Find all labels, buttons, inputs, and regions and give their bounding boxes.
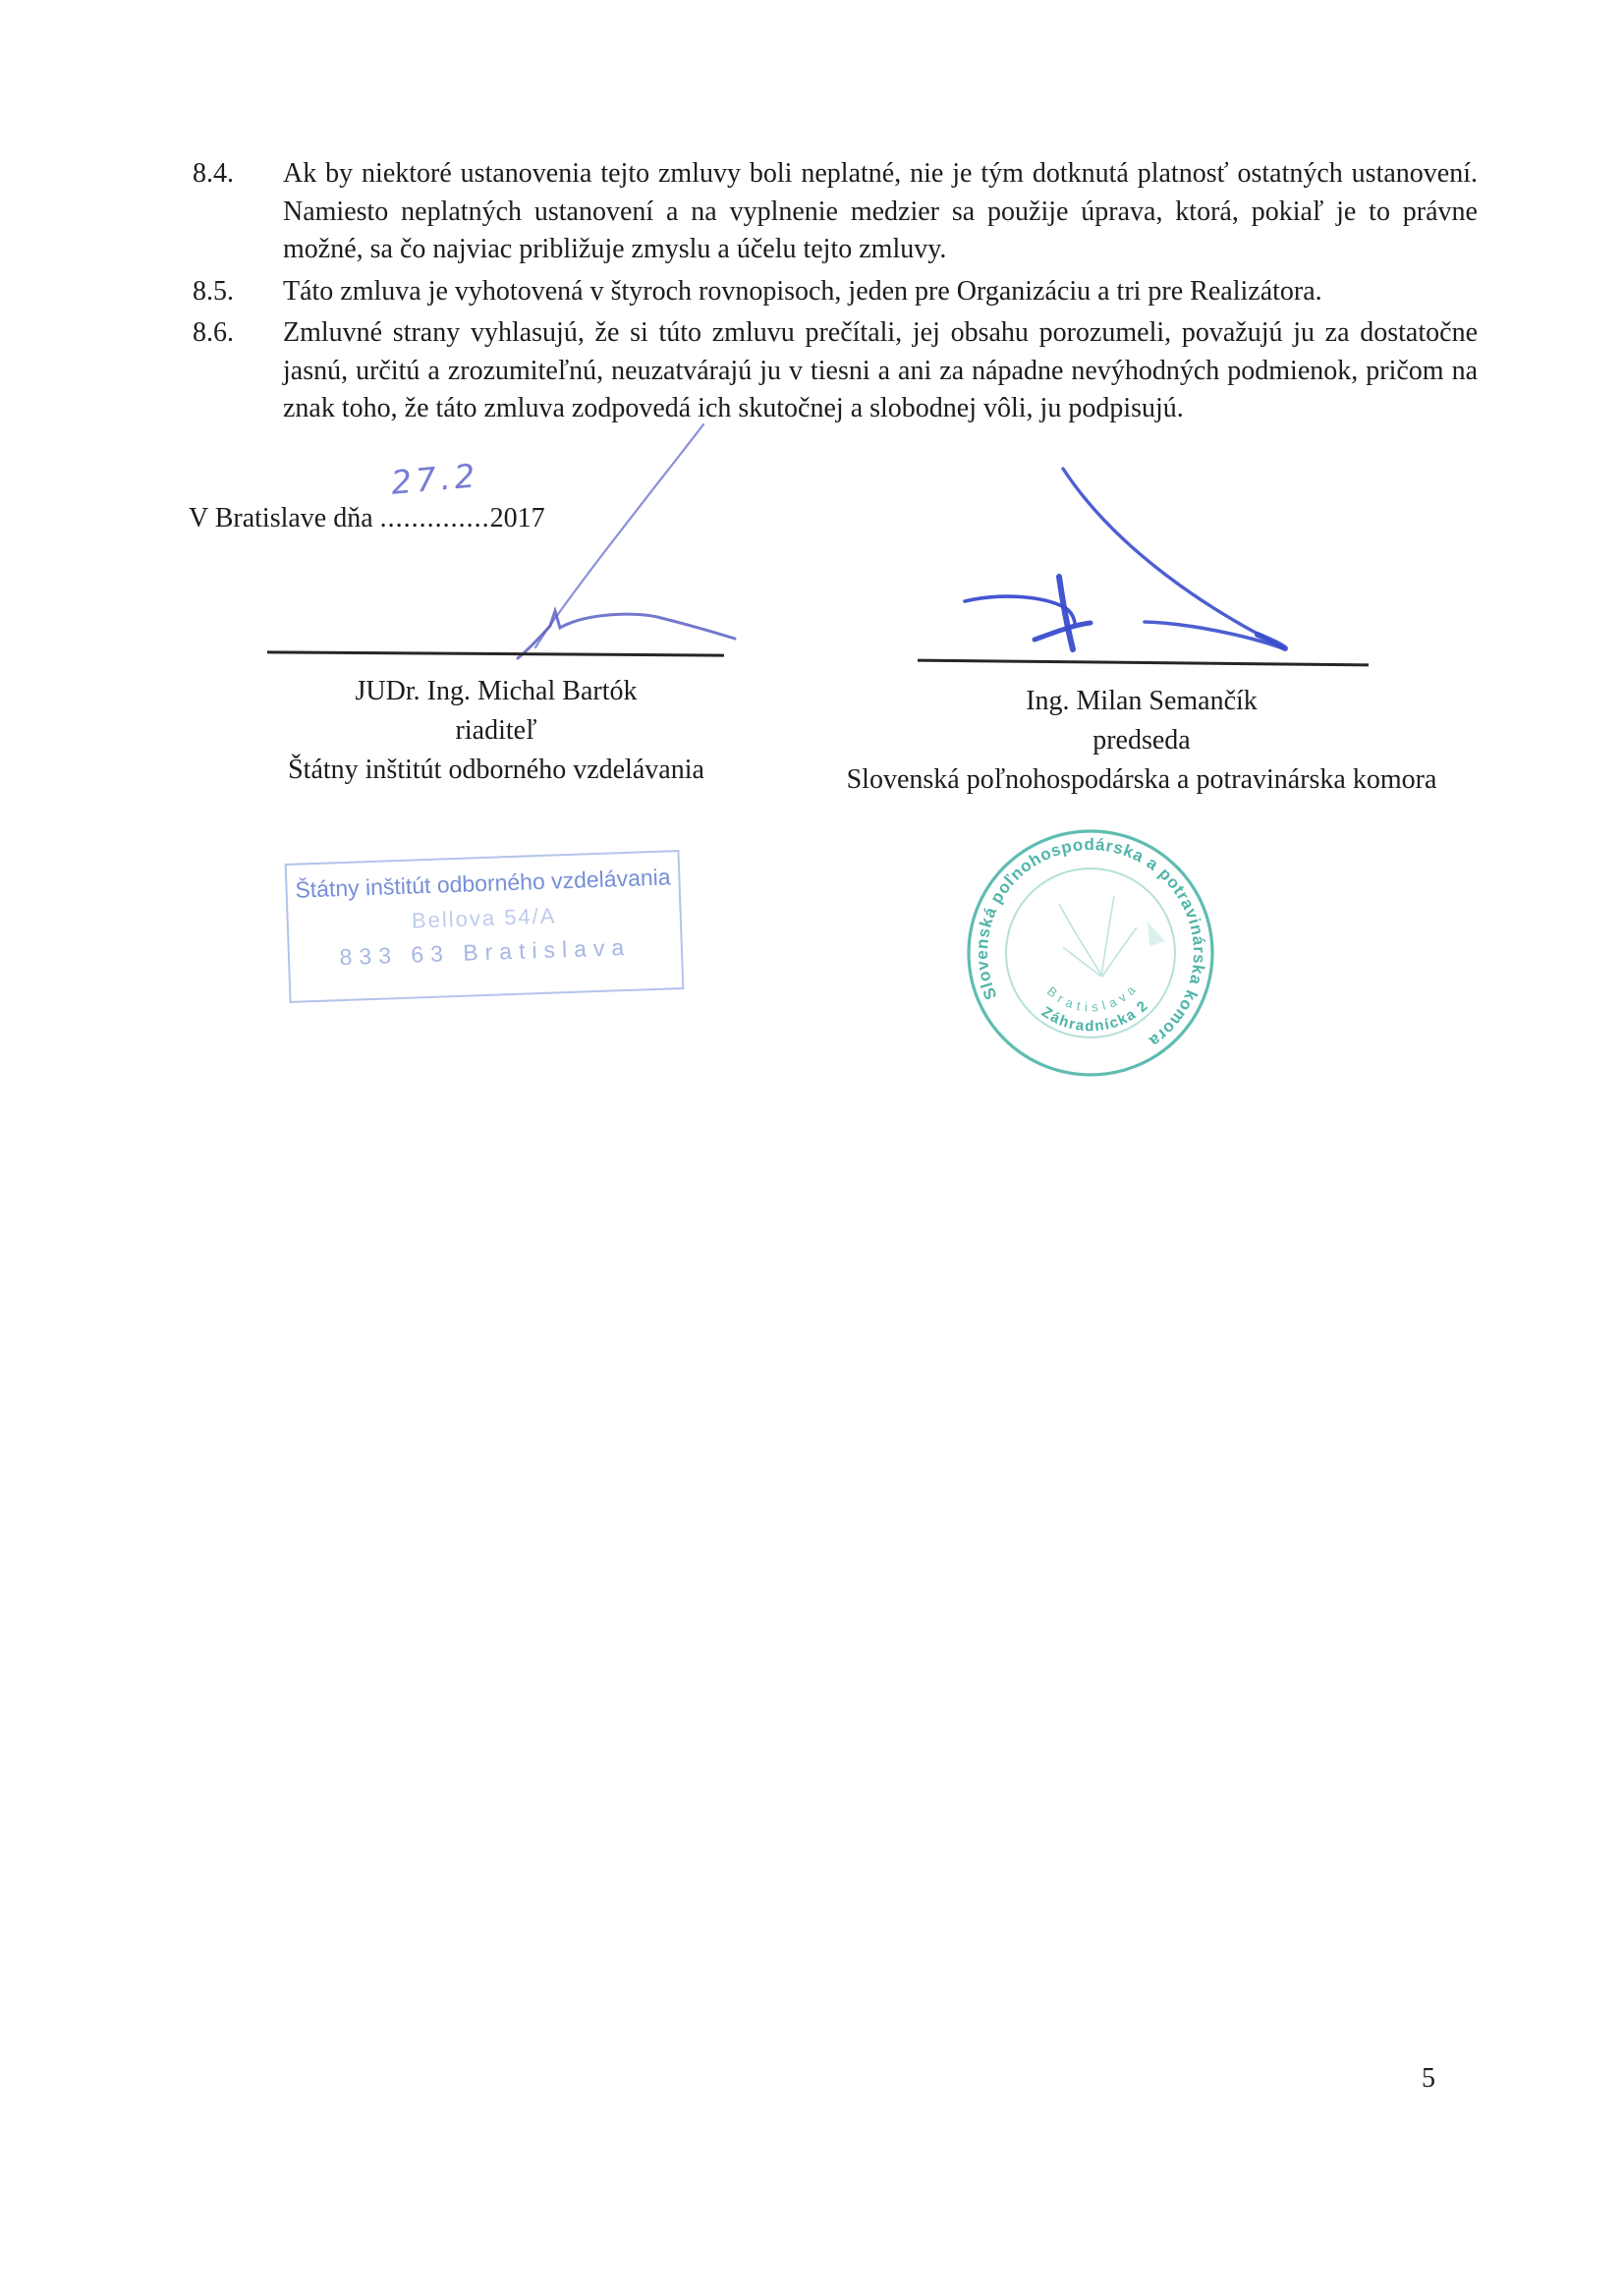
signatory-right: Ing. Milan Semančík predseda Slovenská p… [837, 682, 1446, 800]
date-year: 2017 [490, 503, 545, 533]
clause-list: 8.4. Ak by niektoré ustanovenia tejto zm… [193, 155, 1478, 432]
date-prefix: V Bratislave dňa [189, 503, 380, 533]
signatory-title: riaditeľ [201, 711, 791, 751]
clause-8-4: 8.4. Ak by niektoré ustanovenia tejto zm… [193, 155, 1478, 269]
clause-number: 8.5. [193, 273, 283, 311]
rectangular-stamp: Štátny inštitút odborného vzdelávania Be… [285, 850, 685, 1003]
stamp-street-line: Bellova 54/A [288, 899, 680, 938]
page-number: 5 [1422, 2063, 1435, 2095]
signatory-organization: Slovenská poľnohospodárska a potravinárs… [837, 760, 1446, 800]
signature-ink-right [924, 432, 1395, 678]
signatory-title: predseda [837, 721, 1446, 760]
handwritten-date: 27.2 [389, 456, 480, 502]
clause-8-5: 8.5. Táto zmluva je vyhotovená v štyroch… [193, 273, 1478, 311]
signatory-organization: Štátny inštitút odborného vzdelávania [201, 751, 791, 790]
date-dotted-blank: .............. [380, 503, 490, 533]
clause-number: 8.6. [193, 314, 283, 428]
signature-line-right [918, 659, 1369, 667]
clause-8-6: 8.6. Zmluvné strany vyhlasujú, že si tút… [193, 314, 1478, 428]
stamp-org-line: Štátny inštitút odborného vzdelávania [287, 864, 679, 904]
clause-text: Táto zmluva je vyhotovená v štyroch rovn… [283, 273, 1478, 311]
clause-number: 8.4. [193, 155, 283, 269]
stamp-city-line: 833 63 Bratislava [290, 932, 682, 973]
clause-text: Ak by niektoré ustanovenia tejto zmluvy … [283, 155, 1478, 269]
signature-line-left [267, 650, 724, 656]
round-stamp: Slovenská poľnohospodárska a potravinárs… [965, 827, 1216, 1079]
signatory-left: JUDr. Ing. Michal Bartók riaditeľ Štátny… [201, 672, 791, 790]
signatory-name: Ing. Milan Semančík [837, 682, 1446, 721]
signatory-name: JUDr. Ing. Michal Bartók [201, 672, 791, 711]
document-page: 8.4. Ak by niektoré ustanovenia tejto zm… [0, 0, 1624, 2296]
clause-text: Zmluvné strany vyhlasujú, že si túto zml… [283, 314, 1478, 428]
date-line: V Bratislave dňa ..............2017 [189, 500, 545, 537]
